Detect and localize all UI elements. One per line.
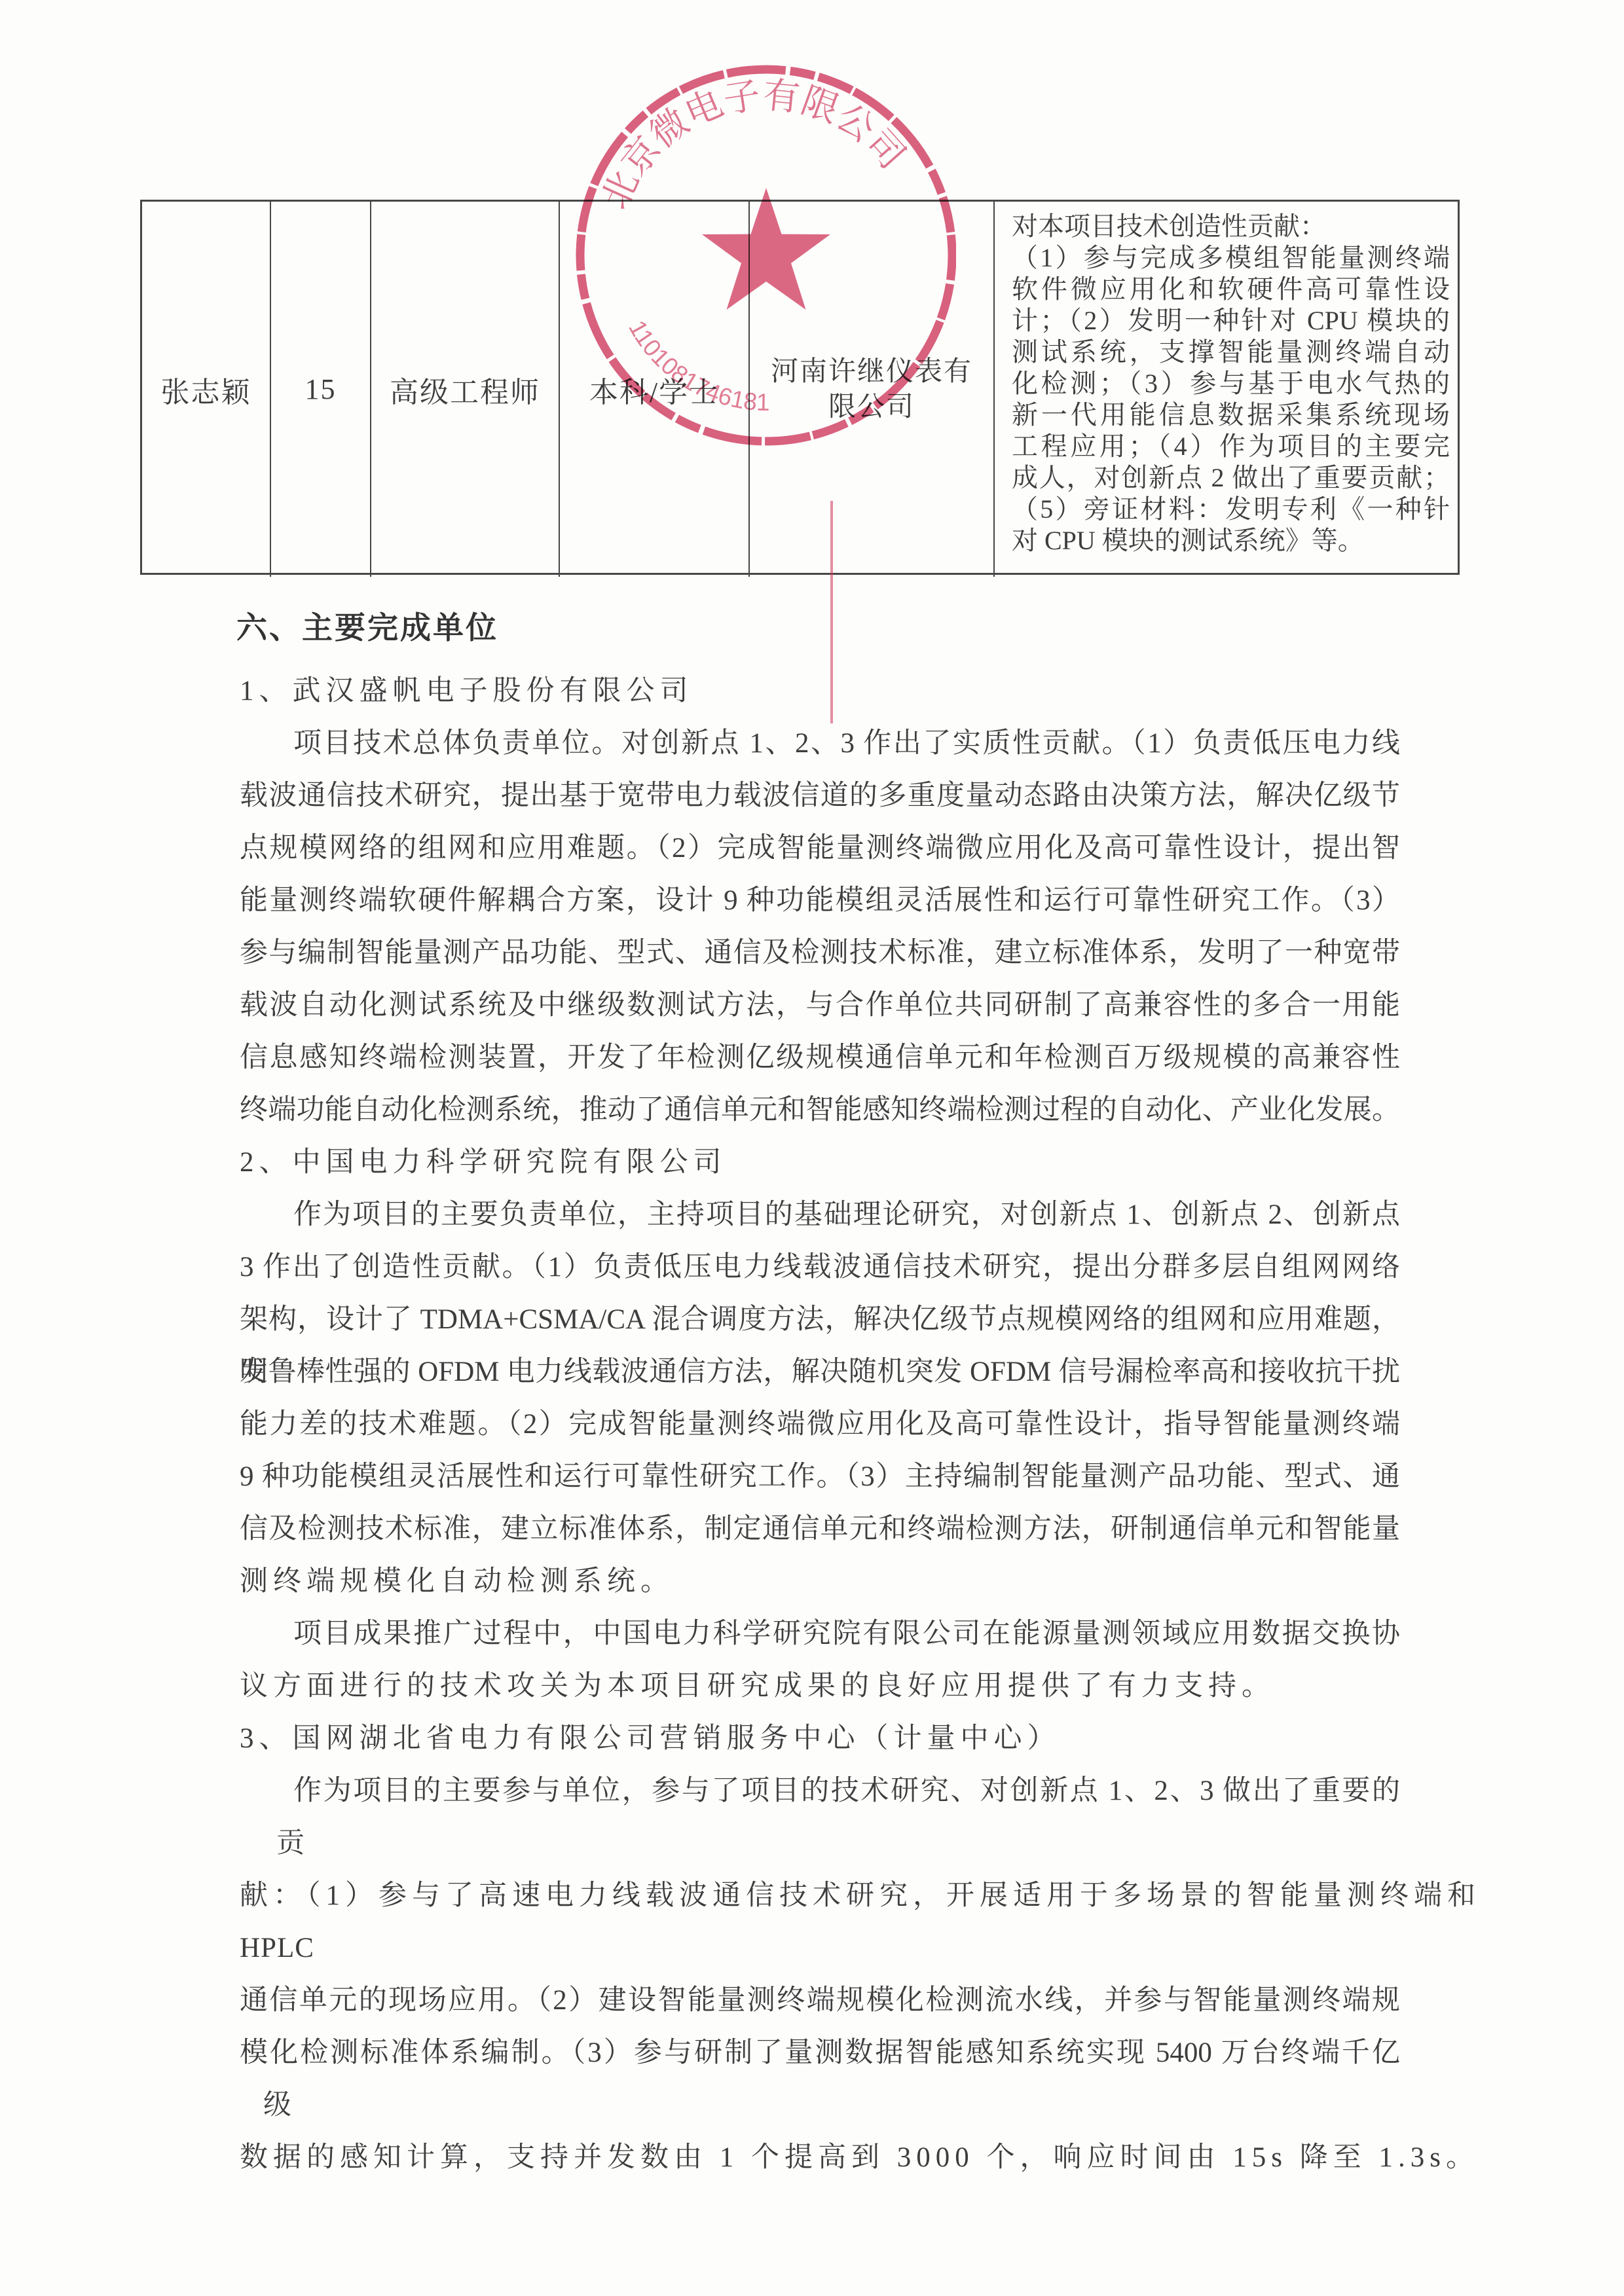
body-text-line: 议方面进行的技术攻关为本项目研究成果的良好应用提供了有力支持。 [240, 1660, 1400, 1713]
body-text-line: 信及检测技术标准，建立标准体系，制定通信单元和终端检测方法，研制通信单元和智能量 [240, 1503, 1400, 1556]
contribution-line: 化检测；（3）参与基于电水气热的 [1012, 368, 1450, 399]
seal-arc-text: 北京微电子有限公司 [595, 75, 913, 215]
person-name-cell: 张志颖 [142, 202, 271, 577]
contribution-line: 软件微应用化和软硬件高可靠性设 [1012, 274, 1450, 305]
body-text-line: 级 [240, 2079, 1400, 2132]
body-text-line: 通信单元的现场应用。（2）建设智能量测终端规模化检测流水线，并参与智能量测终端规 [240, 1975, 1400, 2027]
body-text-line: 贡 [240, 1817, 1400, 1870]
body-text-line: 作为项目的主要负责单位，主持项目的基础理论研究，对创新点 1、创新点 2、创新点 [240, 1189, 1400, 1241]
contribution-line: 工程应用；（4）作为项目的主要完 [1012, 431, 1450, 462]
body-text-line: 作为项目的主要参与单位，参与了项目的技术研究、对创新点 1、2、3 做出了重要的 [240, 1765, 1400, 1817]
person-order-cell: 15 [271, 202, 371, 577]
contribution-line: 新一代用能信息数据采集系统现场 [1012, 399, 1450, 431]
body-text-line: 明鲁棒性强的 OFDM 电力线载波通信方法，解决随机突发 OFDM 信号漏检率高… [240, 1346, 1400, 1398]
body-text-line: HPLC [240, 1922, 1400, 1975]
contribution-line: （1）参与完成多模组智能量测终端 [1012, 242, 1450, 274]
person-education-cell: 本科/学士 [560, 202, 750, 577]
contribution-line: 测试系统，支撑智能量测终端自动 [1012, 337, 1450, 368]
body-text-line: 3 作出了创造性贡献。（1）负责低压电力线载波通信技术研究，提出分群多层自组网网… [240, 1241, 1400, 1294]
body-text-line: 信息感知终端检测装置，开发了年检测亿级规模通信单元和年检测百万级规模的高兼容性 [240, 1032, 1400, 1084]
body-text-line: 项目成果推广过程中，中国电力科学研究院有限公司在能源量测领域应用数据交换协 [240, 1608, 1400, 1660]
contribution-line: 对本项目技术创造性贡献： [1012, 211, 1450, 242]
company-line: 限公司 [828, 390, 915, 425]
person-title-cell: 高级工程师 [371, 202, 560, 577]
body-text-line: 献：（1）参与了高速电力线载波通信技术研究，开展适用于多场景的智能量测终端和 [240, 1870, 1400, 1922]
contribution-line: 计；（2）发明一种针对 CPU 模块的 [1012, 305, 1450, 337]
body-text-line: 点规模网络的组网和应用难题。（2）完成智能量测终端微应用化及高可靠性设计，提出智 [240, 822, 1400, 875]
section-heading: 六、主要完成单位 [236, 604, 498, 647]
company-line: 河南许继仪表有 [771, 354, 972, 390]
body-text-line: 载波通信技术研究，提出基于宽带电力载波信道的多重度量动态路由决策方法，解决亿级节 [240, 770, 1400, 822]
body-text-line: 1、武汉盛帆电子股份有限公司 [240, 665, 1400, 718]
body-text-line: 数据的感知计算，支持并发数由 1 个提高到 3000 个，响应时间由 15s 降… [240, 2132, 1400, 2184]
body-text-line: 参与编制智能量测产品功能、型式、通信及检测技术标准，建立标准体系，发明了一种宽带 [240, 927, 1400, 979]
body-text-line: 能量测终端软硬件解耦合方案，设计 9 种功能模组灵活展性和运行可靠性研究工作。（… [240, 875, 1400, 927]
body-text-block: 1、武汉盛帆电子股份有限公司项目技术总体负责单位。对创新点 1、2、3 作出了实… [240, 665, 1400, 2184]
body-text-line: 2、中国电力科学研究院有限公司 [240, 1137, 1400, 1189]
contribution-line: 对 CPU 模块的测试系统》等。 [1012, 525, 1450, 556]
completion-person-table: 张志颖 15 高级工程师 本科/学士 河南许继仪表有限公司 对本项目技术创造性贡… [140, 200, 1460, 575]
body-text-line: 终端功能自动化检测系统，推动了通信单元和智能感知终端检测过程的自动化、产业化发展… [240, 1084, 1400, 1137]
contribution-line: （5）旁证材料：发明专利《一种针 [1012, 494, 1450, 525]
body-text-line: 载波自动化测试系统及中继级数测试方法，与合作单位共同研制了高兼容性的多合一用能 [240, 979, 1400, 1032]
body-text-line: 项目技术总体负责单位。对创新点 1、2、3 作出了实质性贡献。（1）负责低压电力… [240, 718, 1400, 770]
body-text-line: 9 种功能模组灵活展性和运行可靠性研究工作。（3）主持编制智能量测产品功能、型式… [240, 1451, 1400, 1503]
body-text-line: 架构，设计了 TDMA+CSMA/CA 混合调度方法，解决亿级节点规模网络的组网… [240, 1294, 1400, 1346]
body-text-line: 模化检测标准体系编制。（3）参与研制了量测数据智能感知系统实现 5400 万台终… [240, 2027, 1400, 2079]
person-company-cell: 河南许继仪表有限公司 [750, 202, 995, 577]
body-text-line: 测终端规模化自动检测系统。 [240, 1556, 1400, 1608]
body-text-line: 能力差的技术难题。（2）完成智能量测终端微应用化及高可靠性设计，指导智能量测终端 [240, 1398, 1400, 1451]
contribution-line: 成人，对创新点 2 做出了重要贡献； [1012, 462, 1450, 494]
scanned-document-page: 张志颖 15 高级工程师 本科/学士 河南许继仪表有限公司 对本项目技术创造性贡… [0, 0, 1624, 2296]
person-contribution-cell: 对本项目技术创造性贡献：（1）参与完成多模组智能量测终端软件微应用化和软硬件高可… [995, 202, 1462, 577]
body-text-line: 3、国网湖北省电力有限公司营销服务中心（计量中心） [240, 1713, 1400, 1765]
